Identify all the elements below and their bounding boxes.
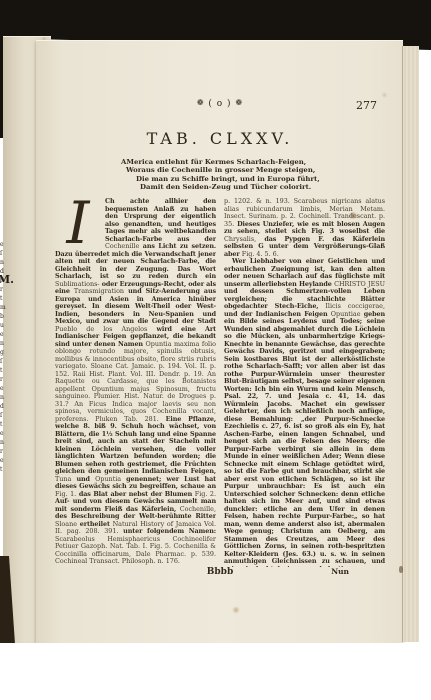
spine-fragment: d (0, 402, 7, 411)
body-paragraph: Ch achte allhier den bequemsten Anlaß zu… (55, 198, 216, 566)
spine-fragment: n (0, 438, 7, 447)
left-column-text: Ch achte allhier den bequemsten Anlaß zu… (55, 198, 216, 566)
catchword: Nun (331, 567, 349, 576)
fore-edge-pages (402, 46, 419, 642)
book-page: ❁ ( o ) ❁ 277 TAB. CLXXV. AMerica entleh… (36, 40, 403, 643)
page-number: 277 (356, 99, 377, 112)
spine-fragment: r (0, 285, 7, 294)
spine-fragment: g (0, 348, 7, 357)
spine-fragment: e (0, 456, 7, 465)
spine-fragment: e (0, 384, 7, 393)
spine-fragment: e (0, 330, 7, 339)
right-column: p. 1202. & n. 193. Scarabeus nigricans a… (224, 198, 385, 567)
fleuron-icon: ❁ (235, 98, 243, 107)
plate-title: TAB. CLXXV. (55, 129, 385, 148)
foxing-spot (84, 464, 96, 473)
spine-fragment: r (0, 375, 7, 384)
body-paragraph: p. 1202. & n. 193. Scarabeus nigricans a… (224, 198, 385, 258)
fleuron-icon: ❁ (197, 98, 205, 107)
spine-fragment: n (0, 339, 7, 348)
spine-fragment: ſ (0, 249, 7, 258)
spine-fragment: r (0, 447, 7, 456)
book-photo: eſnditrtmbuengſtrendſtenret M. ❁ ( o ) ❁… (0, 0, 431, 700)
ink-speck (399, 566, 403, 573)
latin-text-segment: Opuntia maxima folio oblongo rotundo maj… (55, 340, 216, 423)
german-text-segment: geben ein Bilde seines Leydens und Todes… (224, 310, 385, 568)
foxing-spot (348, 212, 358, 219)
page-content: ❁ ( o ) ❁ 277 TAB. CLXXV. AMerica entleh… (55, 97, 385, 637)
spine-fragment: t (0, 366, 7, 375)
verse-line: AMerica entlehnt für Kermes Scharlach-Fe… (121, 158, 320, 166)
left-column: I Ch achte allhier den bequemsten Anlaß … (55, 198, 216, 567)
running-header: ❁ ( o ) ❁ 277 (55, 99, 385, 113)
verse-line: Damit den Seiden-Zeug und Tücher colorir… (121, 183, 320, 191)
spine-fragment: ſ (0, 411, 7, 420)
page-footer: Bbbb Nun (55, 567, 385, 579)
german-text-segment: Dieses Unziefer, wie es mit blosen Augen… (224, 220, 385, 236)
body-paragraph: Wer Liebhaber von einer Geistlichen und … (224, 258, 385, 567)
verse: AMerica entlehnt für Kermes Scharlach-Fe… (121, 158, 320, 192)
signature-mark: Bbbb (207, 567, 234, 577)
latin-text-segment: Scarabeolus Hemisphaericus Cochineelifer… (55, 535, 216, 566)
verse-line: Woraus die Cochenille in grosser Menge s… (121, 166, 320, 174)
text-columns: I Ch achte allhier den bequemsten Anlaß … (55, 198, 385, 567)
spine-fragment: u (0, 321, 7, 330)
foxing-spot (232, 606, 240, 614)
foxing-spot (381, 92, 388, 98)
spine-fragment: t (0, 420, 7, 429)
right-column-text: p. 1202. & n. 193. Scarabeus nigricans a… (224, 198, 385, 567)
spine-fragment: t (0, 465, 7, 474)
spine-fragment: ſ (0, 357, 7, 366)
header-bracket: ( o ) (208, 99, 231, 109)
backdrop-bottom (0, 643, 431, 700)
spine-fragment: e (0, 240, 7, 249)
german-text-segment: Ch achte allhier den bequemsten Anlaß zu… (105, 198, 216, 243)
header-ornament-group: ❁ ( o ) ❁ (55, 99, 385, 109)
spine-fragment: e (0, 429, 7, 438)
spine-fragment: m (0, 303, 7, 312)
spine-fragment: b (0, 312, 7, 321)
spine-fragment-large: M. (0, 273, 14, 286)
spine-fragment: n (0, 258, 7, 267)
verse-line: Die man zu Schiffe bringt, und in Europa… (121, 175, 320, 183)
spine-fragment: t (0, 294, 7, 303)
dropcap-initial: I (55, 199, 101, 249)
german-text-segment: Eine Pflanze, welche 8. biß 9. Schuh hoc… (55, 415, 216, 476)
spine-fragment: n (0, 393, 7, 402)
